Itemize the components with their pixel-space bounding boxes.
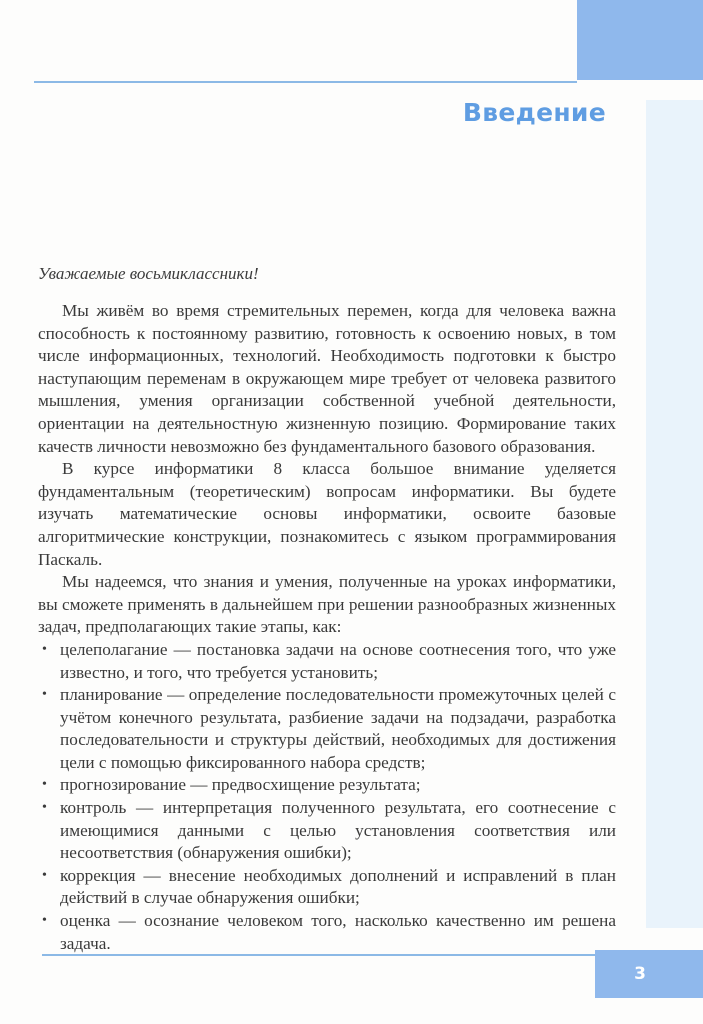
bullet-icon: • [42, 774, 47, 797]
bullet-icon: • [42, 865, 47, 888]
paragraph: Мы надеемся, что знания и умения, получе… [38, 571, 616, 639]
list-item-text: прогнозирование — предвосхищение результ… [60, 775, 421, 794]
stages-list: •целеполагание — постановка задачи на ос… [38, 639, 616, 955]
side-margin-panel [646, 100, 703, 928]
list-item-text: контроль — интерпретация полученного рез… [60, 798, 616, 862]
list-item-text: оценка — осознание человеком того, наско… [60, 911, 616, 953]
list-item: •оценка — осознание человеком того, наск… [38, 910, 616, 955]
greeting: Уважаемые восьмиклассники! [38, 264, 259, 284]
bullet-icon: • [42, 684, 47, 707]
bullet-icon: • [42, 910, 47, 933]
list-item: •целеполагание — постановка задачи на ос… [38, 639, 616, 684]
header-divider [34, 81, 577, 83]
header-color-block [577, 0, 703, 80]
bullet-icon: • [42, 797, 47, 820]
list-item-text: планирование — определение последователь… [60, 685, 616, 772]
list-item: •коррекция — внесение необходимых дополн… [38, 865, 616, 910]
page-number-block: 3 [595, 950, 703, 998]
footer-divider [42, 954, 595, 956]
list-item-text: целеполагание — постановка задачи на осн… [60, 640, 616, 682]
paragraph: В курсе информатики 8 класса большое вни… [38, 458, 616, 571]
page-title: Введение [463, 98, 606, 127]
page-number: 3 [634, 964, 664, 984]
body-text: Мы живём во время стремительных перемен,… [38, 300, 616, 955]
paragraph: Мы живём во время стремительных перемен,… [38, 300, 616, 458]
list-item-text: коррекция — внесение необходимых дополне… [60, 866, 616, 908]
list-item: •прогнозирование — предвосхищение резуль… [38, 774, 616, 797]
list-item: •контроль — интерпретация полученного ре… [38, 797, 616, 865]
bullet-icon: • [42, 639, 47, 662]
list-item: •планирование — определение последовател… [38, 684, 616, 774]
